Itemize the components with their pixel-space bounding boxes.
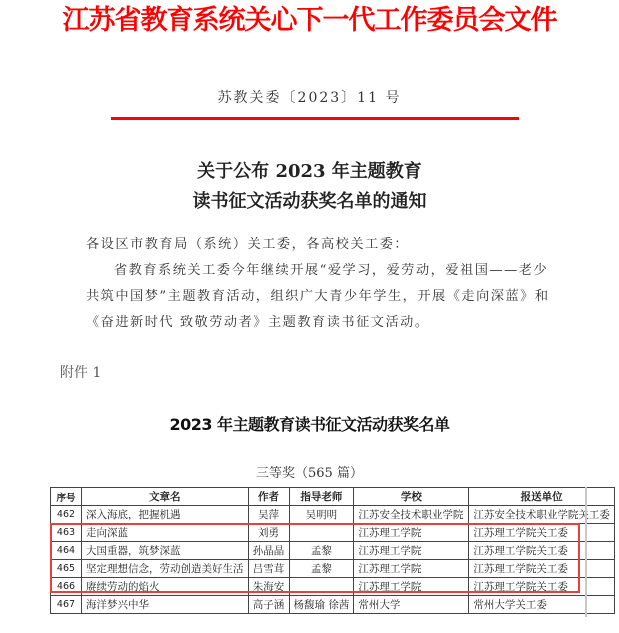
table-row: 464 大国重器，筑梦深蓝 孙晶晶 孟黎 江苏理工学院 江苏理工学院关工委 — [51, 542, 615, 560]
cell-teacher: 杨馥瑜 徐茜 — [289, 596, 354, 614]
cell-title: 坚定理想信念，劳动创造美好生活 — [82, 560, 249, 578]
notice-title-line2: 读书征文活动获奖名单的通知 — [0, 187, 619, 217]
cell-teacher — [289, 578, 354, 596]
notice-title: 关于公布 2023 年主题教育 读书征文活动获奖名单的通知 — [0, 157, 619, 217]
cell-no: 466 — [51, 578, 82, 596]
table-row: 463 走向深蓝 刘勇 江苏理工学院 江苏理工学院关工委 — [51, 524, 615, 542]
prize-level-label: 三等奖（565 篇） — [0, 462, 619, 481]
cell-unit: 江苏理工学院关工委 — [469, 578, 615, 596]
table-row: 462 深入海底，把握机遇 吴萍 吴明明 江苏安全技术职业学院 江苏安全技术职业… — [51, 506, 615, 524]
header-no: 序号 — [51, 488, 82, 506]
cell-school: 江苏理工学院 — [354, 578, 469, 596]
header-author: 作者 — [248, 488, 289, 506]
cell-unit: 常州大学关工委 — [469, 596, 615, 614]
cell-no: 464 — [51, 542, 82, 560]
notice-body: 各设区市教育局（系统）关工委，各高校关工委： 省教育系统关工委今年继续开展“爱学… — [86, 232, 556, 336]
cell-teacher: 孟黎 — [289, 542, 354, 560]
cell-title: 大国重器，筑梦深蓝 — [82, 542, 249, 560]
cell-title: 海洋梦兴中华 — [82, 596, 249, 614]
header-title: 文章名 — [82, 488, 249, 506]
attachment-label: 附件 1 — [60, 362, 101, 382]
awards-table: 序号 文章名 作者 指导老师 学校 报送单位 462 深入海底，把握机遇 吴萍 … — [50, 487, 615, 614]
body-paragraph: 省教育系统关工委今年继续开展“爱学习，爱劳动，爱祖国——老少共筑中国梦”主题教育… — [86, 258, 556, 336]
cell-author: 孙晶晶 — [248, 542, 289, 560]
award-list-title: 2023 年主题教育读书征文活动获奖名单 — [0, 412, 619, 435]
cell-school: 常州大学 — [354, 596, 469, 614]
org-header-title: 江苏省教育系统关心下一代工作委员会文件 — [0, 4, 619, 38]
cell-no: 465 — [51, 560, 82, 578]
cell-author: 刘勇 — [248, 524, 289, 542]
cell-school: 江苏理工学院 — [354, 560, 469, 578]
cell-teacher: 吴明明 — [289, 506, 354, 524]
header-teacher: 指导老师 — [289, 488, 354, 506]
cell-title: 深入海底，把握机遇 — [82, 506, 249, 524]
cell-school: 江苏安全技术职业学院 — [354, 506, 469, 524]
document-number: 苏教关委〔2023〕11 号 — [0, 87, 619, 107]
notice-title-line1: 关于公布 2023 年主题教育 — [0, 157, 619, 187]
cell-unit: 江苏安全技术职业学院关工委 — [469, 506, 615, 524]
cell-author: 吕雪茸 — [248, 560, 289, 578]
table-row: 466 赓续劳动的焰火 朱海安 江苏理工学院 江苏理工学院关工委 — [51, 578, 615, 596]
cell-teacher — [289, 524, 354, 542]
cell-author: 吴萍 — [248, 506, 289, 524]
table-header-row: 序号 文章名 作者 指导老师 学校 报送单位 — [51, 488, 615, 506]
cell-unit: 江苏理工学院关工委 — [469, 524, 615, 542]
cell-title: 赓续劳动的焰火 — [82, 578, 249, 596]
cell-school: 江苏理工学院 — [354, 542, 469, 560]
red-divider-line — [111, 117, 519, 120]
table-row: 467 海洋梦兴中华 高子涵 杨馥瑜 徐茜 常州大学 常州大学关工委 — [51, 596, 615, 614]
header-unit: 报送单位 — [469, 488, 615, 506]
cell-no: 463 — [51, 524, 82, 542]
cell-author: 朱海安 — [248, 578, 289, 596]
cell-title: 走向深蓝 — [82, 524, 249, 542]
cell-teacher: 孟黎 — [289, 560, 354, 578]
cell-author: 高子涵 — [248, 596, 289, 614]
cell-school: 江苏理工学院 — [354, 524, 469, 542]
table-row: 465 坚定理想信念，劳动创造美好生活 吕雪茸 孟黎 江苏理工学院 江苏理工学院… — [51, 560, 615, 578]
header-school: 学校 — [354, 488, 469, 506]
cell-unit: 江苏理工学院关工委 — [469, 560, 615, 578]
cell-no: 462 — [51, 506, 82, 524]
cell-no: 467 — [51, 596, 82, 614]
cell-unit: 江苏理工学院关工委 — [469, 542, 615, 560]
recipients-line: 各设区市教育局（系统）关工委，各高校关工委： — [86, 232, 556, 258]
page-edge-shadow — [585, 487, 587, 617]
